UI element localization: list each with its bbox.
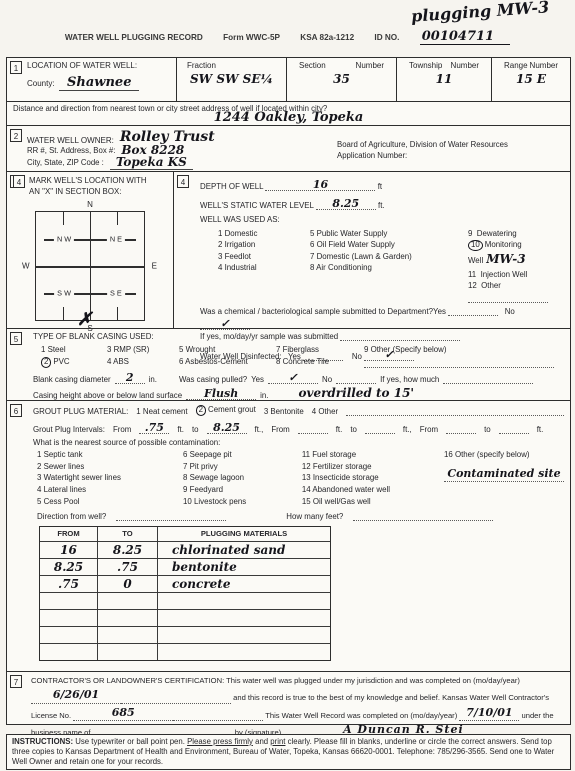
grout-title: GROUT PLUG MATERIAL: [33, 407, 128, 416]
record-date-value: 7/10/01 [466, 706, 512, 719]
well-use-options: 1 Domestic 2 Irrigation 3 Feedlot 4 Indu… [218, 228, 564, 303]
table-row [40, 626, 330, 643]
contamination-option: 1 Septic tank [37, 449, 183, 461]
township-cell: Township Number 11 [397, 58, 492, 101]
grout-option: 3 Bentonite [264, 407, 304, 416]
section-number-label: Number [356, 61, 384, 70]
interval-to-1-value: 8.25 [213, 421, 240, 434]
interval-to-3 [499, 425, 529, 434]
instructions-underlined-1: Please press firmly [187, 737, 253, 746]
use-option: 8 Air Conditioning [310, 262, 468, 273]
contamination-option-other: 16 Other (specify below) [444, 449, 564, 461]
pulled-no-label: No [322, 375, 332, 384]
quadrant-nw-label: N W [54, 235, 74, 244]
form-number: Form WWC-5P [223, 33, 280, 42]
section-3-4-row: 3 MARK WELL'S LOCATION WITH AN "X" IN SE… [7, 171, 570, 328]
to-header: TO [98, 527, 158, 541]
interval-from-1: .75 [139, 420, 169, 434]
table-row [40, 609, 330, 626]
use-option: 7 Domestic (Lawn & Garden) [310, 251, 468, 262]
use-option: 4 Industrial [218, 262, 310, 273]
casing-options: 1 Steel 3 RMP (SR) 5 Wrought 7 Fiberglas… [41, 344, 564, 368]
compass-north-label: N [87, 200, 93, 209]
ft-label: ft., [255, 425, 264, 434]
chem-yes-label: Yes [433, 307, 446, 316]
distance-row: Distance and direction from nearest town… [7, 101, 570, 125]
use-option: 1 Domestic [218, 228, 310, 239]
board-line: Board of Agriculture, Division of Water … [337, 140, 508, 151]
interval-to-1: 8.25 [207, 420, 247, 434]
fraction-label: Fraction [181, 61, 282, 70]
from-header: FROM [40, 527, 98, 541]
grout-other-field [346, 407, 564, 416]
casing-option: 5 Wrought [179, 344, 276, 356]
chem-yes-field [448, 307, 498, 316]
ft-label: ft. [537, 425, 544, 434]
material-cell: bentonite [172, 560, 237, 574]
casing-option: 6 Asbestos-Cement [179, 356, 276, 368]
instructions-text-2: and [255, 737, 268, 746]
contamination-option: 14 Abandoned water well [302, 484, 444, 496]
from-label: From [113, 425, 131, 434]
ft-label: ft. [177, 425, 184, 434]
how-much-label: If yes, how much [380, 375, 439, 384]
depth-field: 16 [265, 177, 375, 191]
how-much-field [443, 375, 533, 384]
mark-location-line1: MARK WELL'S LOCATION WITH [29, 176, 169, 187]
section-certification: 7 CONTRACTOR'S OR LANDOWNER'S CERTIFICAT… [7, 671, 570, 724]
use-option: 12 Other [468, 280, 564, 303]
to-label: to [192, 425, 199, 434]
section-location: 1 LOCATION OF WATER WELL: County: Shawne… [7, 58, 570, 125]
pulled-yes-field: ✓ [268, 370, 318, 384]
record-date-field: 7/10/01 [459, 704, 519, 722]
water-well-plugging-record-page: plugging MW-3 WATER WELL PLUGGING RECORD… [0, 0, 575, 771]
license-field: 685 [73, 704, 173, 722]
casing-option-pvc: 2PVC [41, 356, 107, 368]
circled-choice: 10 [468, 240, 483, 251]
pulled-yes-label: Yes [251, 375, 264, 384]
to-cell: 0 [123, 577, 131, 591]
form-body: 1 LOCATION OF WATER WELL: County: Shawne… [6, 57, 571, 725]
completed-on-label: on (mo/day/year) [463, 676, 520, 685]
contamination-other-field: Contaminated site [444, 465, 564, 483]
use-option-monitoring-well: 10Monitoring WellMW-3 [468, 239, 564, 268]
from-cell: .75 [58, 577, 79, 591]
diameter-label: Blank casing diameter [33, 375, 111, 384]
contamination-option: 7 Pit privy [183, 461, 302, 473]
casing-height-label: Casing height above or below land surfac… [33, 391, 182, 400]
depth-value: 16 [313, 178, 328, 191]
contamination-other-value: Contaminated site [447, 467, 560, 480]
to-cell: 8.25 [113, 543, 142, 557]
quadrant-sw-label: S W [54, 289, 74, 298]
to-label: to [484, 425, 491, 434]
contamination-option: 4 Lateral lines [37, 484, 183, 496]
section-owner: 2 WATER WELL OWNER: Rolley Trust RR #, S… [7, 125, 570, 171]
compass-west-label: W [22, 262, 30, 271]
use-option: 9 Dewatering [468, 228, 564, 239]
section-grout-plug: 6 GROUT PLUG MATERIAL: 1 Neat cement 2Ce… [7, 400, 570, 671]
completed-date-value: 6/26/01 [53, 688, 99, 701]
certification-line2: and this record is true to the best of m… [233, 694, 467, 703]
contamination-option: 8 Sewage lagoon [183, 472, 302, 484]
use-option: 5 Public Water Supply [310, 228, 468, 239]
township-number-label: Number [451, 61, 479, 70]
center-horizontal-line [36, 266, 144, 267]
county-label: County: [27, 79, 55, 88]
address-label: RR #, St. Address, Box #: [27, 146, 115, 157]
section-well-details: 4 4 DEPTH OF WELL 16 ft WELL'S STATIC WA… [174, 172, 570, 328]
handwritten-header-note: plugging MW-3 [410, 0, 549, 26]
materials-header: PLUGGING MATERIALS [158, 527, 330, 541]
contamination-option: 15 Oil well/Gas well [302, 496, 444, 508]
certification-text: CONTRACTOR'S OR LANDOWNER'S CERTIFICATIO… [31, 675, 565, 739]
ft-label: ft., [403, 425, 412, 434]
pulled-no-field [336, 375, 376, 384]
grout-option: 1 Neat cement [136, 407, 187, 416]
section-mark-location: 3 MARK WELL'S LOCATION WITH AN "X" IN SE… [7, 172, 174, 328]
contamination-option: 6 Seepage pit [183, 449, 302, 461]
range-cell: Range Number 15 E [492, 58, 570, 101]
table-row [40, 643, 330, 660]
checkmark-icon: ✓ [288, 371, 297, 384]
section-1-number: 1 [10, 61, 22, 74]
section-2-number: 2 [10, 129, 22, 142]
diameter-value: 2 [126, 371, 134, 384]
certification-line1: CONTRACTOR'S OR LANDOWNER'S CERTIFICATIO… [31, 676, 460, 685]
static-level-field: 8.25 [316, 196, 376, 210]
instructions-underlined-2: print [270, 737, 285, 746]
depth-label: DEPTH OF WELL [200, 182, 263, 191]
id-value: 00104711 [420, 29, 510, 45]
license-value: 685 [112, 706, 135, 719]
tick-mark [117, 307, 118, 320]
casing-pulled-label: Was casing pulled? [179, 375, 247, 384]
interval-from-2 [298, 425, 328, 434]
township-label: Township [409, 61, 442, 70]
table-row: 16 8.25 chlorinated sand [40, 541, 330, 558]
static-level-unit: ft. [378, 201, 385, 210]
casing-height-unit: in. [260, 391, 268, 400]
section-number-cell: Section Number 35 [287, 58, 397, 101]
range-label: Range [504, 61, 528, 70]
casing-option: 9 Other (Specify below) [364, 344, 564, 356]
section-box-diagram: N S W E N W N E S W [35, 211, 145, 321]
casing-option: 7 Fiberglass [276, 344, 364, 356]
from-label: From [420, 425, 438, 434]
id-label: ID NO. [374, 33, 399, 42]
form-title-bar: WATER WELL PLUGGING RECORD Form WWC-5P K… [0, 29, 575, 44]
contamination-option: 11 Fuel storage [302, 449, 444, 461]
from-cell: 8.25 [54, 560, 83, 574]
from-cell: 16 [60, 543, 77, 557]
tick-mark [63, 307, 64, 320]
feet-field [353, 512, 493, 521]
use-option: 11 Injection Well [468, 269, 564, 280]
mark-location-line2: AN "X" IN SECTION BOX: [29, 187, 169, 198]
casing-title: TYPE OF BLANK CASING USED: [33, 332, 564, 341]
instructions-box: INSTRUCTIONS: Use typewriter or ball poi… [6, 734, 571, 770]
interval-to-2 [365, 425, 395, 434]
to-cell: .75 [117, 560, 138, 574]
contamination-option: 9 Feedyard [183, 484, 302, 496]
city-state-zip-field: Topeka KS [110, 155, 193, 170]
section-5-number: 5 [10, 332, 22, 345]
section-blank-casing: 5 TYPE OF BLANK CASING USED: 1 Steel 3 R… [7, 328, 570, 400]
casing-option: 1 Steel [41, 344, 107, 356]
quadrant-ne-label: N E [107, 235, 125, 244]
other-use-field [468, 294, 548, 303]
casing-height-field: Flush [186, 386, 256, 400]
circled-choice: 2 [196, 405, 206, 416]
section-4-number-box: 4 [177, 175, 189, 188]
casing-option: 8 Concrete Tile [276, 356, 364, 368]
section-box-grid: N W N E S W S E ✗ [35, 211, 145, 321]
contamination-option: 5 Cess Pool [37, 496, 183, 508]
section-6-number: 6 [10, 404, 22, 417]
contamination-option: 13 Insecticide storage [302, 472, 444, 484]
interval-from-3 [446, 425, 476, 434]
range-number-label: Number [530, 61, 558, 70]
table-row [40, 592, 330, 609]
location-row: LOCATION OF WATER WELL: County: Shawnee … [7, 58, 570, 101]
use-option: 3 Feedlot [218, 251, 310, 262]
table-header-row: FROM TO PLUGGING MATERIALS [40, 527, 330, 541]
county-cell: LOCATION OF WATER WELL: County: Shawnee [7, 58, 177, 101]
grout-option: 4 Other [312, 407, 338, 416]
how-many-feet-label: How many feet? [286, 512, 343, 521]
overdrilled-annotation: overdrilled to 15' [298, 386, 414, 400]
diameter-field: 2 [115, 370, 145, 384]
used-as-label: WELL WAS USED AS: [200, 215, 280, 224]
contamination-label: What is the nearest source of possible c… [33, 438, 564, 447]
intervals-label: Grout Plug Intervals: [33, 425, 105, 434]
static-level-label: WELL'S STATIC WATER LEVEL [200, 201, 314, 210]
use-option: 6 Oil Field Water Supply [310, 239, 468, 250]
form-title: WATER WELL PLUGGING RECORD [65, 33, 203, 42]
compass-east-label: E [152, 262, 157, 271]
completed-date-field-extra [121, 695, 231, 704]
chem-no-label: No [505, 307, 515, 316]
table-row: .75 0 concrete [40, 575, 330, 592]
depth-unit: ft [378, 182, 382, 191]
quadrant-se-label: S E [107, 289, 125, 298]
direction-label: Direction from well? [37, 512, 106, 521]
board-of-agriculture-block: Board of Agriculture, Division of Water … [337, 140, 508, 162]
use-option: 2 Irrigation [218, 239, 310, 250]
ft-label: ft. [336, 425, 343, 434]
diameter-unit: in. [149, 375, 157, 384]
tick-mark [63, 212, 64, 225]
interval-from-1-value: .75 [145, 421, 164, 434]
contamination-option: 12 Fertilizer storage [302, 461, 444, 473]
casing-height-value: Flush [204, 387, 238, 400]
instructions-label: INSTRUCTIONS: [12, 737, 73, 746]
township-field: 11 [401, 72, 487, 86]
tick-mark [117, 212, 118, 225]
range-field: 15 E [496, 72, 566, 86]
plugging-materials-table: FROM TO PLUGGING MATERIALS 16 8.25 chlor… [39, 526, 331, 661]
ksa-number: KSA 82a-1212 [300, 33, 354, 42]
chemical-sample-question: Was a chemical / bacteriological sample … [200, 307, 433, 316]
grout-option-cement-grout: 2Cement grout [196, 405, 256, 416]
casing-other-field [364, 356, 554, 368]
application-number-label: Application Number: [337, 151, 508, 162]
section-4-number: 4 [13, 175, 25, 188]
circled-choice: 2 [41, 357, 51, 368]
contamination-options: 1 Septic tank 2 Sewer lines 3 Watertight… [37, 449, 564, 508]
section-7-number: 7 [10, 675, 22, 688]
record-completed-label: This Water Well Record was completed on … [265, 711, 457, 720]
completed-date-field: 6/26/01 [31, 686, 121, 704]
fraction-field: SW SW SE¼ [181, 72, 282, 86]
section-number-field: 35 [291, 72, 392, 86]
material-cell: concrete [172, 577, 230, 591]
material-cell: chlorinated sand [172, 543, 285, 557]
mw3-annotation: MW-3 [486, 252, 525, 266]
to-label: to [350, 425, 357, 434]
city-state-zip-label: City, State, ZIP Code : [27, 158, 104, 170]
fraction-cell: Fraction SW SW SE¼ [177, 58, 287, 101]
license-field-extra [173, 712, 263, 721]
contamination-option: 10 Livestock pens [183, 496, 302, 508]
casing-option: 3 RMP (SR) [107, 344, 179, 356]
owner-label: WATER WELL OWNER: [27, 136, 114, 145]
from-label: From [271, 425, 289, 434]
instructions-text-1: Use typewriter or ball point pen. [75, 737, 185, 746]
section-label: Section [299, 61, 326, 70]
static-level-value: 8.25 [332, 197, 359, 210]
table-row: 8.25 .75 bentonite [40, 558, 330, 575]
section-1-title: LOCATION OF WATER WELL: [27, 61, 172, 70]
contamination-option: 2 Sewer lines [37, 461, 183, 473]
county-field: Shawnee [59, 75, 139, 91]
casing-option: 4 ABS [107, 356, 179, 368]
direction-field [116, 512, 226, 521]
contamination-option: 3 Watertight sewer lines [37, 472, 183, 484]
